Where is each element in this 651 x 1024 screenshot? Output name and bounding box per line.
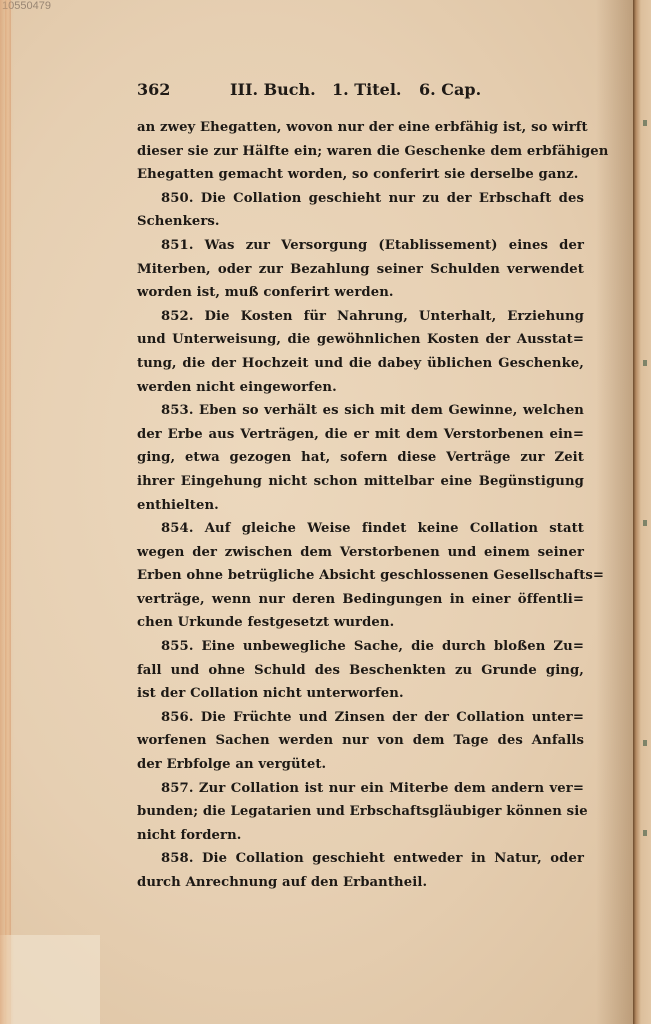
text-line: Schenkers.	[137, 210, 584, 234]
paragraph-start-line: 852. Die Kosten für Nahrung, Unterhalt, …	[137, 305, 584, 329]
paragraph-start-line: 856. Die Früchte und Zinsen der der Coll…	[137, 706, 584, 730]
text-line: fall und ohne Schuld des Beschenkten zu …	[137, 659, 584, 683]
text-line: ist der Collation nicht unterworfen.	[137, 682, 584, 706]
page-left-edge	[5, 0, 11, 1024]
text-line: an zwey Ehegatten, wovon nur der eine er…	[137, 116, 584, 140]
paragraph-start-line: 853. Eben so verhält es sich mit dem Gew…	[137, 399, 584, 423]
text-line: dieser sie zur Hälfte ein; waren die Ges…	[137, 140, 584, 164]
header-title: 1. Titel.	[332, 80, 401, 99]
running-header: 362 III. Buch. 1. Titel. 6. Cap.	[137, 80, 587, 104]
header-chapter: 6. Cap.	[419, 80, 481, 99]
book-page: 10550479 362 III. Buch. 1. Titel. 6. Cap…	[0, 0, 636, 1024]
paragraph-start-line: 855. Eine unbewegliche Sache, die durch …	[137, 635, 584, 659]
text-line: verträge, wenn nur deren Bedingungen in …	[137, 588, 584, 612]
scan-id-watermark: 10550479	[2, 0, 51, 12]
paragraph-start-line: 850. Die Collation geschieht nur zu der …	[137, 187, 584, 211]
text-line: worden ist, muß conferirt werden.	[137, 281, 584, 305]
text-line: bunden; die Legatarien und Erbschaftsglä…	[137, 800, 584, 824]
text-line: ihrer Eingehung nicht schon mittelbar ei…	[137, 470, 584, 494]
paper-stain	[0, 935, 100, 1024]
text-line: der Erbfolge an vergütet.	[137, 753, 584, 777]
text-line: tung, die der Hochzeit und die dabey übl…	[137, 352, 584, 376]
text-line: Miterben, oder zur Bezahlung seiner Schu…	[137, 258, 584, 282]
paragraph-start-line: 857. Zur Collation ist nur ein Miterbe d…	[137, 777, 584, 801]
text-line: der Erbe aus Verträgen, die er mit dem V…	[137, 423, 584, 447]
text-line: Erben ohne betrügliche Absicht geschloss…	[137, 564, 584, 588]
header-book: III. Buch.	[230, 80, 316, 99]
body-text: an zwey Ehegatten, wovon nur der eine er…	[137, 116, 584, 895]
text-line: enthielten.	[137, 494, 584, 518]
text-line: chen Urkunde festgesetzt wurden.	[137, 611, 584, 635]
text-line: und Unterweisung, die gewöhnlichen Koste…	[137, 328, 584, 352]
text-line: wegen der zwischen dem Verstorbenen und …	[137, 541, 584, 565]
page-number: 362	[137, 80, 170, 99]
text-line: werden nicht eingeworfen.	[137, 376, 584, 400]
adjacent-page-edge	[633, 0, 651, 1024]
paragraph-start-line: 858. Die Collation geschieht entweder in…	[137, 847, 584, 871]
text-line: nicht fordern.	[137, 824, 584, 848]
text-line: durch Anrechnung auf den Erbantheil.	[137, 871, 584, 895]
text-line: worfenen Sachen werden nur von dem Tage …	[137, 729, 584, 753]
paragraph-start-line: 851. Was zur Versorgung (Etablissement) …	[137, 234, 584, 258]
text-line: Ehegatten gemacht worden, so conferirt s…	[137, 163, 584, 187]
text-line: ging, etwa gezogen hat, sofern diese Ver…	[137, 446, 584, 470]
paragraph-start-line: 854. Auf gleiche Weise findet keine Coll…	[137, 517, 584, 541]
